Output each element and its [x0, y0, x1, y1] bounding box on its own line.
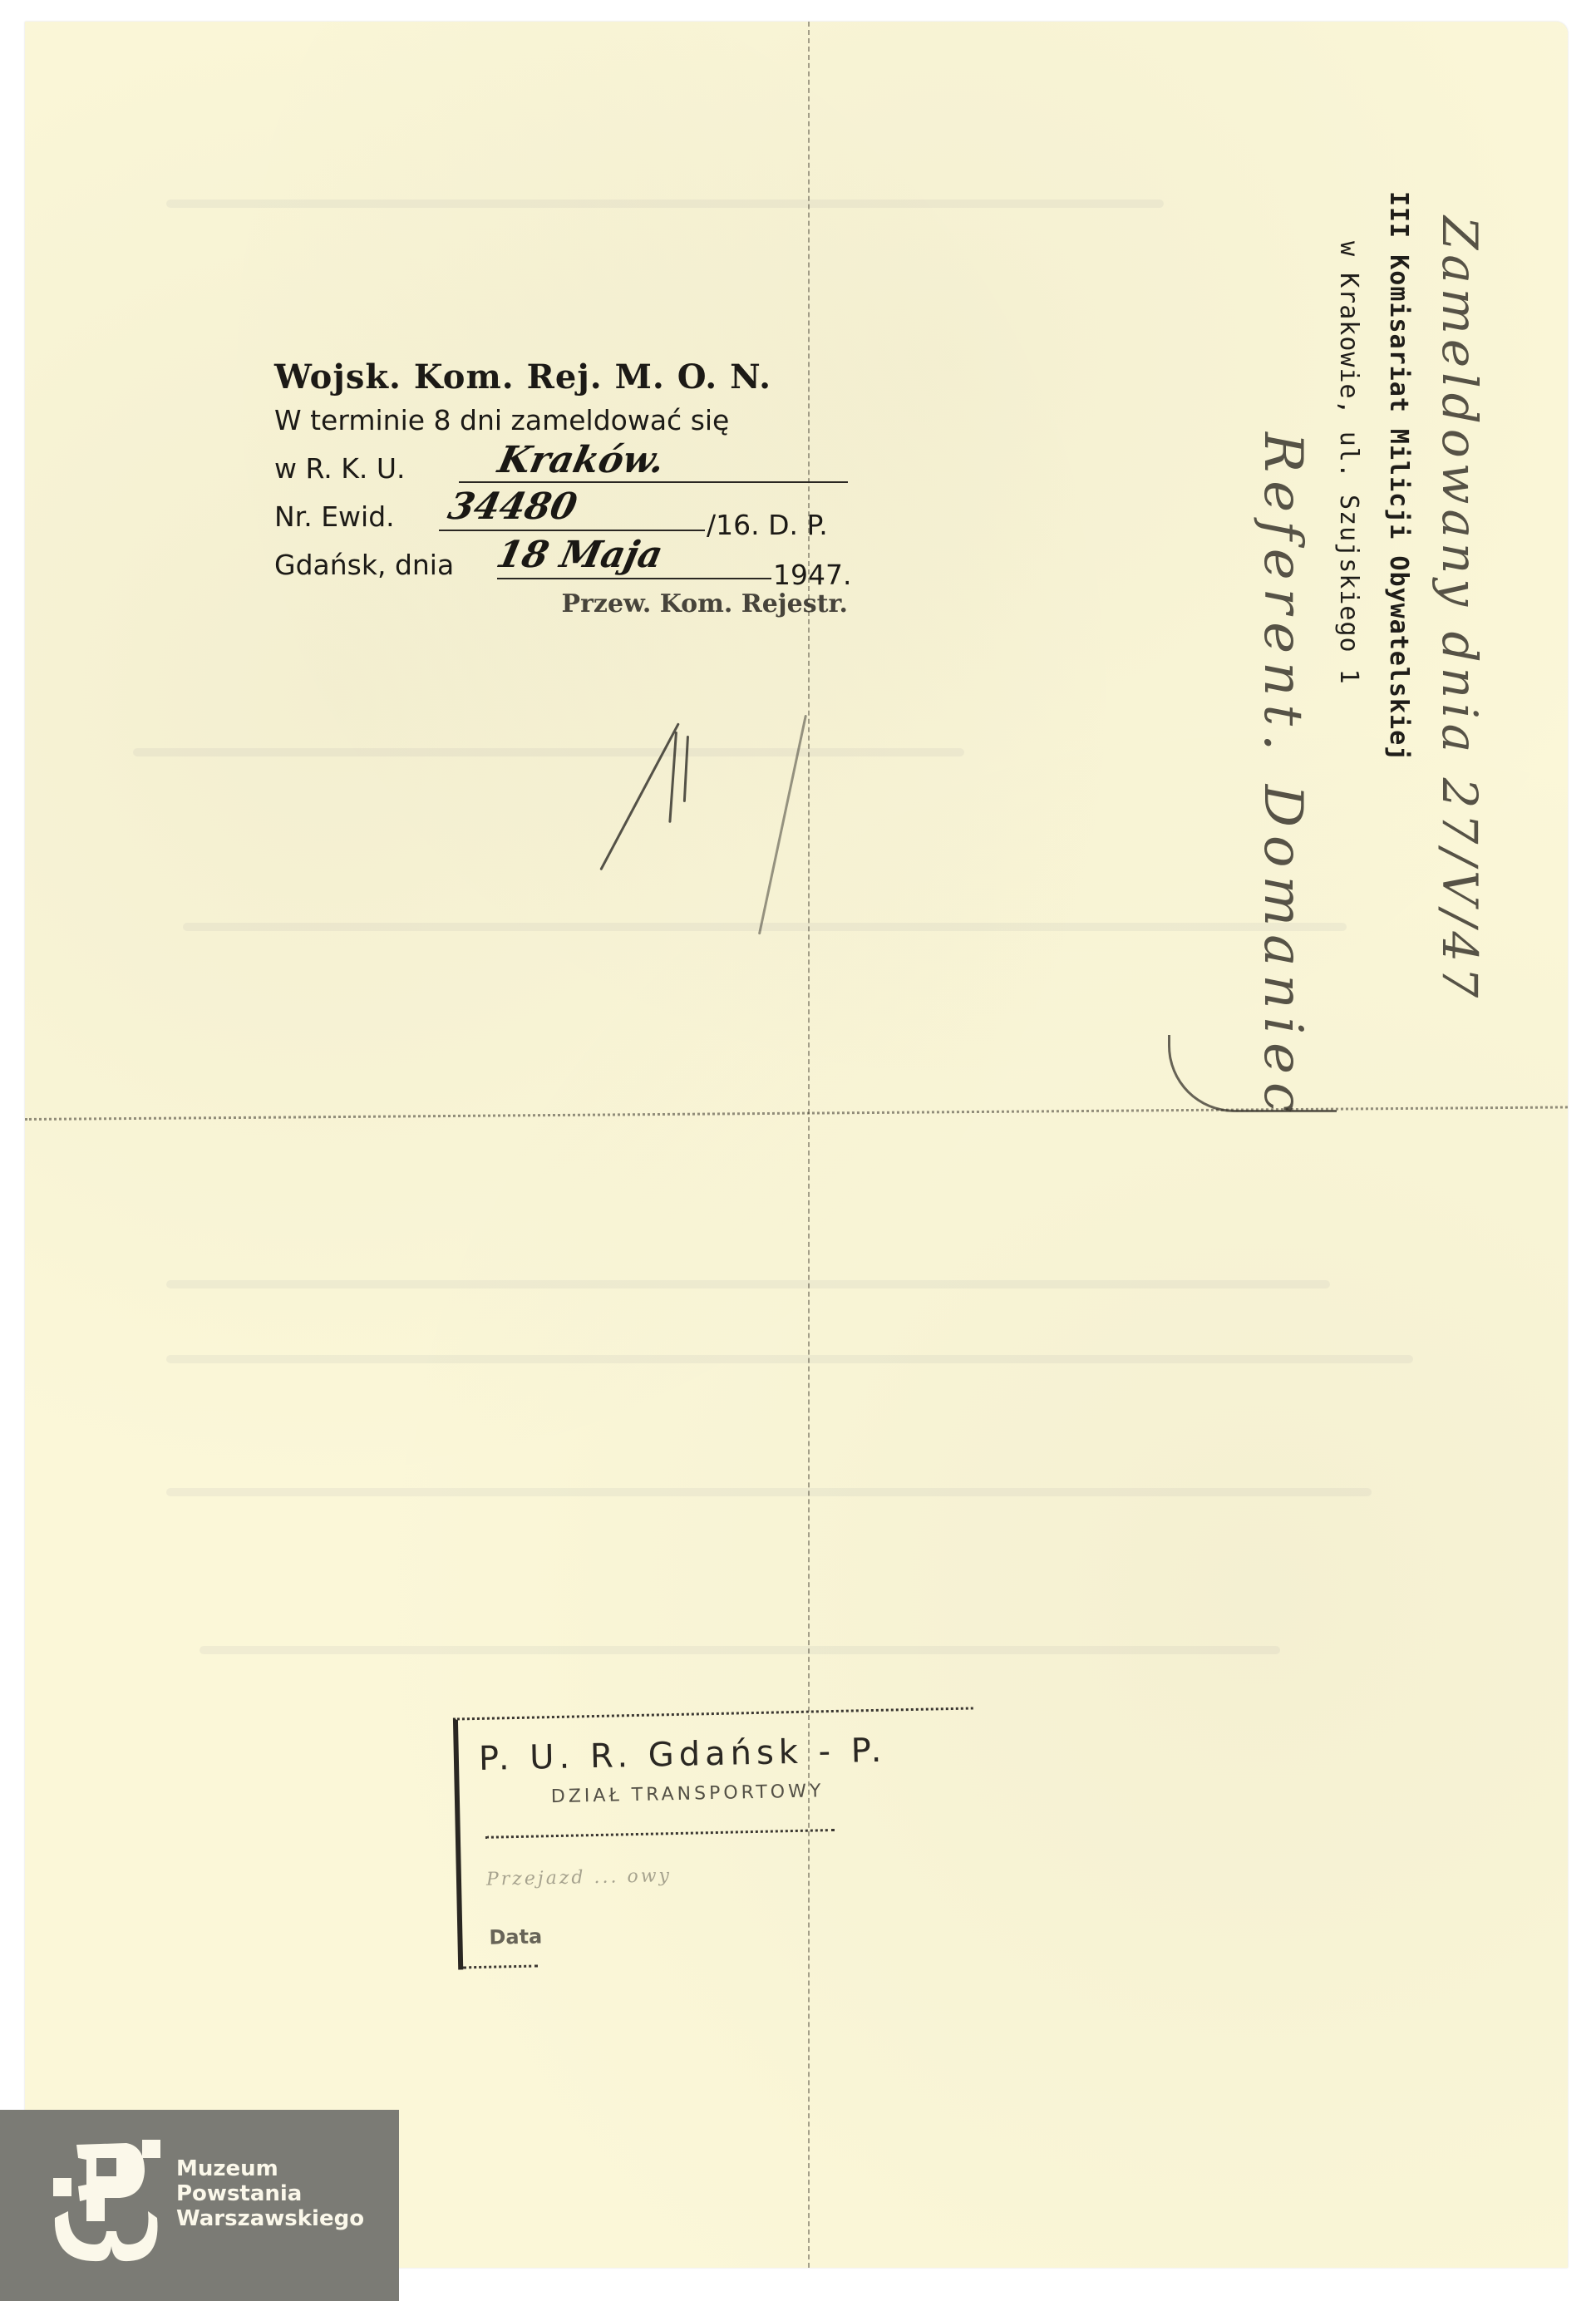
- show-through-text: [199, 1646, 1280, 1654]
- rku-handwritten-value: Kraków.: [494, 436, 669, 485]
- show-through-text: [133, 748, 964, 756]
- handwritten-signature: Referent. Domaniec: [1252, 432, 1313, 1121]
- militia-stamp-line1: III Komisariat Milicji Obywatelskiej: [1384, 191, 1413, 761]
- museum-name-line3: Warszawskiego: [176, 2206, 364, 2231]
- museum-name-line2: Powstania: [176, 2181, 364, 2206]
- pur-transport-stamp: P. U. R. Gdańsk - P. DZIAŁ TRANSPORTOWY …: [453, 1707, 978, 1969]
- signer-title: Przew. Kom. Rejestr.: [274, 589, 856, 618]
- date-handwritten-value: 18 Maja: [492, 531, 667, 579]
- pur-przejazd-field: Przejazd ... owy: [486, 1865, 672, 1890]
- museum-name: Muzeum Powstania Warszawskiego: [176, 2156, 364, 2231]
- registration-stamp: Wojsk. Kom. Rej. M. O. N. W terminie 8 d…: [274, 357, 856, 618]
- date-row: Gdańsk, dnia 18 Maja 1947.: [274, 541, 856, 589]
- pur-stamp-title: P. U. R. Gdańsk - P.: [478, 1732, 886, 1778]
- ewid-handwritten-value: 34480: [444, 483, 581, 531]
- pur-data-label: Data: [489, 1924, 542, 1949]
- show-through-text: [166, 1488, 1372, 1496]
- show-through-text: [166, 1280, 1330, 1288]
- pur-stamp-subtitle: DZIAŁ TRANSPORTOWY: [551, 1781, 825, 1807]
- stamp-title: Wojsk. Kom. Rej. M. O. N.: [274, 357, 856, 397]
- show-through-text: [183, 923, 1347, 931]
- museum-name-line1: Muzeum: [176, 2156, 364, 2181]
- date-label: Gdańsk, dnia: [274, 549, 454, 581]
- ewid-label: Nr. Ewid.: [274, 500, 395, 533]
- deadline-text: W terminie 8 dni zameldować się: [274, 404, 729, 436]
- kotwica-anchor-icon: [53, 2138, 161, 2263]
- pur-stamp-divider: [485, 1829, 835, 1839]
- show-through-text: [166, 1355, 1413, 1363]
- rku-label: w R. K. U.: [274, 452, 405, 485]
- pur-stamp-bottom-edge: [463, 1965, 538, 1969]
- handwritten-registration-note: Zameldowany dnia 27/V/47: [1431, 216, 1488, 1003]
- museum-watermark-logo: Muzeum Powstania Warszawskiego: [0, 2110, 399, 2301]
- show-through-text: [166, 200, 1164, 208]
- militia-stamp-line2: w Krakowie, ul. Szujskiego 1: [1334, 241, 1363, 685]
